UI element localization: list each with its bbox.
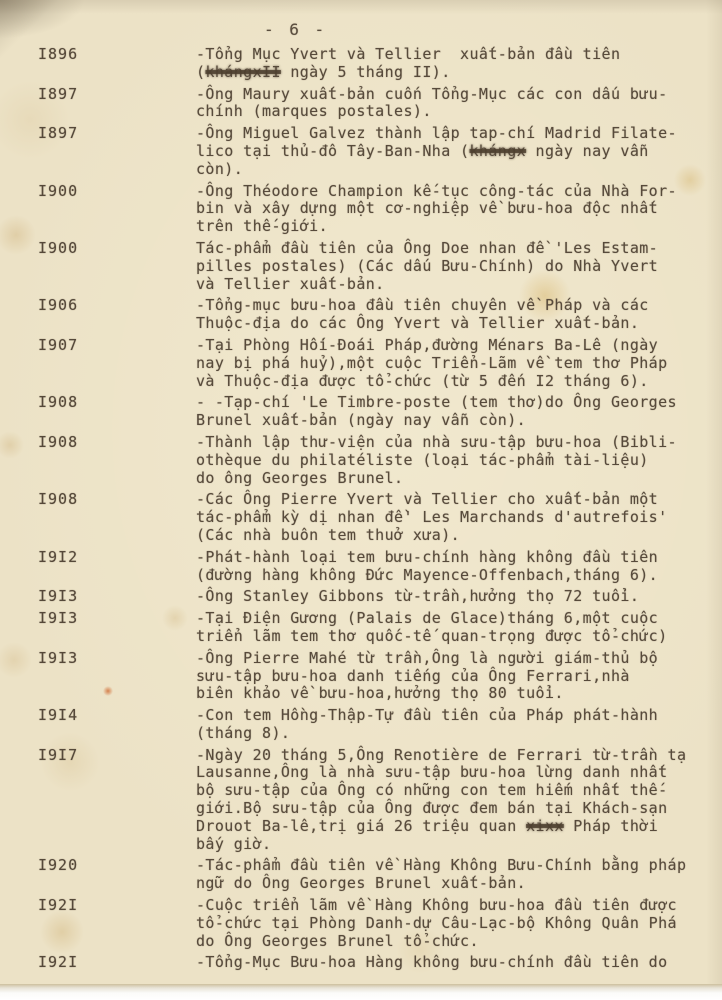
entry-text: -Tại Điện Gương (Palais de Glace)tháng 6… bbox=[196, 610, 708, 646]
entry-text: Tác-phẩm đầu tiên của Ông Doe nhan đề 'L… bbox=[196, 240, 708, 293]
timeline-entry: I9I3-Tại Điện Gương (Palais de Glace)thá… bbox=[0, 610, 722, 646]
entry-year: I92I bbox=[0, 897, 196, 915]
text-segment: -Tổng-Mục Bưu-hoa Hàng không bưu-chính đ… bbox=[196, 953, 668, 971]
text-segment: - -Tạp-chí 'Le Timbre-poste (tem thơ)do … bbox=[196, 393, 677, 429]
timeline-entry: I92I-Cuộc triển lãm về Hàng Không bưu-ho… bbox=[0, 897, 722, 950]
entry-year: I9I3 bbox=[0, 610, 196, 628]
entry-text: -Tổng-mục bưu-hoa đầu tiên chuyên về Phá… bbox=[196, 297, 708, 333]
text-segment: -Thành lập thư-viện của nhà sưu-tập bưu-… bbox=[196, 433, 677, 487]
entry-year: I897 bbox=[0, 125, 196, 143]
entry-text: -Thành lập thư-viện của nhà sưu-tập bưu-… bbox=[196, 434, 708, 487]
text-segment: -Ông Stanley Gibbons từ-trần,hưởng thọ 7… bbox=[196, 587, 639, 605]
entry-text: -Tổng-Mục Bưu-hoa Hàng không bưu-chính đ… bbox=[196, 954, 708, 972]
struck-text: khángxII bbox=[205, 63, 280, 81]
page-number: - 6 - bbox=[264, 20, 327, 39]
timeline-entry: I9I3-Ông Stanley Gibbons từ-trần,hưởng t… bbox=[0, 588, 722, 606]
entry-text: -Tại Phòng Hối-Đoái Pháp,đường Ménars Ba… bbox=[196, 337, 708, 390]
timeline-entry: I900Tác-phẩm đầu tiên của Ông Doe nhan đ… bbox=[0, 240, 722, 293]
entry-year: I908 bbox=[0, 394, 196, 412]
entry-year: I9I4 bbox=[0, 707, 196, 725]
timeline-entry: I900-Ông Théodore Champion kế-tục công-t… bbox=[0, 183, 722, 236]
entry-text: -Con tem Hồng-Thập-Tự đầu tiên của Pháp … bbox=[196, 707, 708, 743]
timeline-entry: I9I7-Ngày 20 tháng 5,Ông Renotière de Fe… bbox=[0, 747, 722, 854]
timeline-entry: I908-Các Ông Pierre Yvert và Tellier cho… bbox=[0, 491, 722, 544]
text-segment: -Các Ông Pierre Yvert và Tellier cho xuấ… bbox=[196, 490, 668, 544]
scanned-document: - 6 - I896-Tổng Mục Yvert và Tellier xuấ… bbox=[0, 0, 722, 1000]
entry-text: -Cuộc triển lãm về Hàng Không bưu-hoa đầ… bbox=[196, 897, 708, 950]
paper-sheet: - 6 - I896-Tổng Mục Yvert và Tellier xuấ… bbox=[0, 0, 722, 984]
timeline-entry: I908- -Tạp-chí 'Le Timbre-poste (tem thơ… bbox=[0, 394, 722, 430]
entry-text: -Ngày 20 tháng 5,Ông Renotière de Ferrar… bbox=[196, 747, 708, 854]
entry-year: I900 bbox=[0, 240, 196, 258]
entry-year: I908 bbox=[0, 434, 196, 452]
timeline-entry: I920-Tác-phẩm đầu tiên về Hàng Không Bưu… bbox=[0, 857, 722, 893]
entry-year: I897 bbox=[0, 86, 196, 104]
entry-year: I92I bbox=[0, 954, 196, 972]
text-segment: -Tổng-mục bưu-hoa đầu tiên chuyên về Phá… bbox=[196, 296, 649, 332]
timeline-entry: I908-Thành lập thư-viện của nhà sưu-tập … bbox=[0, 434, 722, 487]
scan-edge-bottom bbox=[0, 984, 722, 1000]
entry-year: I907 bbox=[0, 337, 196, 355]
entry-text: -Ông Miguel Galvez thành lập tap-chí Mad… bbox=[196, 125, 708, 178]
text-segment: -Ông Pierre Mahé từ trần,Ông là người gi… bbox=[196, 649, 658, 703]
text-segment: Tác-phẩm đầu tiên của Ông Doe nhan đề 'L… bbox=[196, 239, 658, 293]
entry-year: I9I2 bbox=[0, 549, 196, 567]
entry-year: I9I3 bbox=[0, 588, 196, 606]
text-segment: -Tại Phòng Hối-Đoái Pháp,đường Ménars Ba… bbox=[196, 336, 668, 390]
timeline-entry: I906-Tổng-mục bưu-hoa đầu tiên chuyên về… bbox=[0, 297, 722, 333]
timeline-entry: I92I-Tổng-Mục Bưu-hoa Hàng không bưu-chí… bbox=[0, 954, 722, 972]
timeline-entry: I9I4-Con tem Hồng-Thập-Tự đầu tiên của P… bbox=[0, 707, 722, 743]
entry-text: -Phát-hành loại tem bưu-chính hàng không… bbox=[196, 549, 708, 585]
text-segment: -Con tem Hồng-Thập-Tự đầu tiên của Pháp … bbox=[196, 706, 658, 742]
timeline-entry: I897-Ông Miguel Galvez thành lập tap-chí… bbox=[0, 125, 722, 178]
entry-text: - -Tạp-chí 'Le Timbre-poste (tem thơ)do … bbox=[196, 394, 708, 430]
entry-text: -Tổng Mục Yvert và Tellier xuất-bản đầu … bbox=[196, 46, 708, 82]
text-segment: ngày 5 tháng II). bbox=[281, 63, 451, 81]
timeline-entry: I9I3-Ông Pierre Mahé từ trần,Ông là ngườ… bbox=[0, 650, 722, 703]
entry-text: -Ông Maury xuất-bản cuốn Tổng-Mục các co… bbox=[196, 86, 708, 122]
text-segment: -Ông Maury xuất-bản cuốn Tổng-Mục các co… bbox=[196, 85, 668, 121]
timeline-entry: I9I2-Phát-hành loại tem bưu-chính hàng k… bbox=[0, 549, 722, 585]
struck-text: khángx bbox=[470, 142, 527, 160]
struck-text: xixx bbox=[526, 817, 564, 835]
timeline-entry: I907-Tại Phòng Hối-Đoái Pháp,đường Ménar… bbox=[0, 337, 722, 390]
entry-year: I896 bbox=[0, 46, 196, 64]
entry-text: -Ông Pierre Mahé từ trần,Ông là người gi… bbox=[196, 650, 708, 703]
entry-text: -Ông Théodore Champion kế-tục công-tác c… bbox=[196, 183, 708, 236]
entry-year: I9I7 bbox=[0, 747, 196, 765]
timeline-entry: I896-Tổng Mục Yvert và Tellier xuất-bản … bbox=[0, 46, 722, 82]
entry-year: I920 bbox=[0, 857, 196, 875]
entry-year: I9I3 bbox=[0, 650, 196, 668]
timeline-entries: I896-Tổng Mục Yvert và Tellier xuất-bản … bbox=[0, 46, 722, 976]
entry-text: -Các Ông Pierre Yvert và Tellier cho xuấ… bbox=[196, 491, 708, 544]
text-segment: -Tại Điện Gương (Palais de Glace)tháng 6… bbox=[196, 609, 668, 645]
text-segment: -Tác-phẩm đầu tiên về Hàng Không Bưu-Chí… bbox=[196, 856, 686, 892]
entry-year: I900 bbox=[0, 183, 196, 201]
entry-text: -Tác-phẩm đầu tiên về Hàng Không Bưu-Chí… bbox=[196, 857, 708, 893]
entry-year: I906 bbox=[0, 297, 196, 315]
entry-text: -Ông Stanley Gibbons từ-trần,hưởng thọ 7… bbox=[196, 588, 708, 606]
text-segment: -Cuộc triển lãm về Hàng Không bưu-hoa đầ… bbox=[196, 896, 677, 950]
timeline-entry: I897-Ông Maury xuất-bản cuốn Tổng-Mục cá… bbox=[0, 86, 722, 122]
text-segment: -Phát-hành loại tem bưu-chính hàng không… bbox=[196, 548, 658, 584]
entry-year: I908 bbox=[0, 491, 196, 509]
text-segment: -Ông Théodore Champion kế-tục công-tác c… bbox=[196, 182, 677, 236]
